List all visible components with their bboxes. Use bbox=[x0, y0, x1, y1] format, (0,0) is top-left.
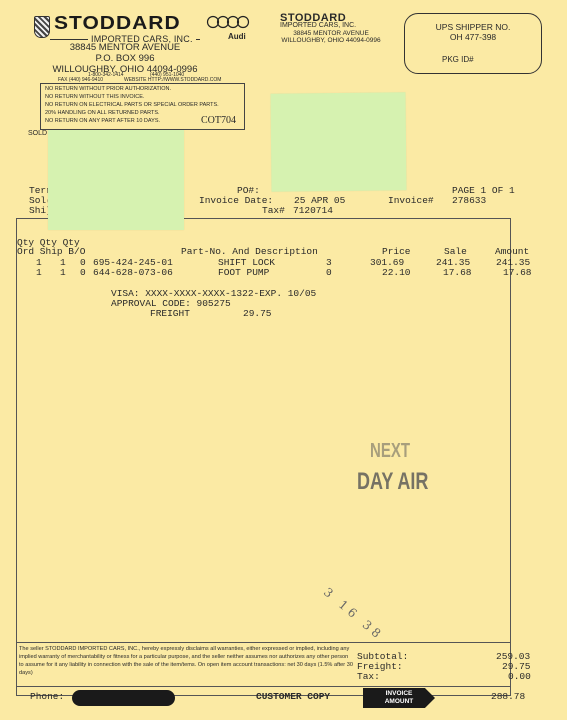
customer-copy-label: CUSTOMER COPY bbox=[256, 691, 330, 702]
invoice-amount-tag: INVOICE AMOUNT bbox=[363, 688, 435, 708]
redacted-phone bbox=[72, 690, 175, 706]
tax-label: Tax# bbox=[262, 205, 285, 216]
qty-header-line2: Ord Ship B/O bbox=[17, 246, 85, 257]
porsche-crest-icon bbox=[34, 16, 50, 38]
divider bbox=[16, 642, 510, 643]
sticky-note-redaction bbox=[48, 130, 184, 230]
sale-price: 17.68 bbox=[443, 267, 472, 278]
ups-shipper-label: UPS SHIPPER NO. bbox=[405, 22, 541, 32]
freight-note-value: 29.75 bbox=[243, 308, 272, 319]
policy-line: NO RETURN WITHOUT PRIOR AUTHORIZATION. bbox=[45, 86, 171, 92]
invoice-amount-label-line1: INVOICE bbox=[363, 690, 435, 698]
list-price: 22.10 bbox=[382, 267, 411, 278]
part-description: FOOT PUMP bbox=[218, 267, 269, 278]
freight-note-label: FREIGHT bbox=[150, 308, 190, 319]
invoice-number-label: Invoice# bbox=[388, 195, 434, 206]
ups-shipper-number: OH 477-398 bbox=[405, 32, 541, 42]
return-policy-box: NO RETURN WITHOUT PRIOR AUTHORIZATION. N… bbox=[40, 83, 245, 130]
qty-ordered: 1 bbox=[36, 267, 42, 278]
col-sale: Sale bbox=[444, 246, 467, 257]
audi-label: Audi bbox=[228, 32, 246, 41]
sold-to-label: SOLD bbox=[28, 130, 47, 137]
invoice-number: 278633 bbox=[452, 195, 486, 206]
sticky-note-redaction bbox=[270, 92, 406, 191]
dealer-city: WILLOUGHBY, OHIO 44094-0996 bbox=[40, 64, 210, 75]
invoice-amount-value: 288.78 bbox=[491, 691, 525, 702]
col-amount: Amount bbox=[495, 246, 529, 257]
qty-backorder: 0 bbox=[80, 267, 86, 278]
dealer-address-street: 38845 MENTOR AVENUE bbox=[40, 42, 210, 53]
qty-shipped: 1 bbox=[60, 267, 66, 278]
dealer-po-box: P.O. BOX 996 bbox=[40, 53, 210, 64]
account-code: COT704 bbox=[201, 115, 236, 126]
phone-label: Phone: bbox=[30, 691, 64, 702]
col-price: Price bbox=[382, 246, 411, 257]
audi-rings-icon bbox=[205, 15, 255, 29]
line-amount: 17.68 bbox=[503, 267, 532, 278]
ups-shipper-box: UPS SHIPPER NO. OH 477-398 PKG ID# bbox=[404, 13, 542, 74]
part-code: 0 bbox=[326, 267, 332, 278]
policy-line: 20% HANDLING ON ALL RETURNED PARTS. bbox=[45, 110, 160, 116]
part-number: 644-628-073-06 bbox=[93, 267, 173, 278]
pkg-id-label: PKG ID# bbox=[442, 55, 474, 64]
invoice-amount-label-line2: AMOUNT bbox=[363, 698, 435, 706]
col-part-description: Part-No. And Description bbox=[181, 246, 318, 257]
brand-name: STODDARD bbox=[54, 13, 181, 35]
next-day-air-stamp-line2: DAY AIR bbox=[357, 468, 428, 496]
divider bbox=[16, 686, 510, 687]
warranty-disclaimer: The seller STODDARD IMPORTED CARS, INC.,… bbox=[19, 645, 353, 677]
policy-line: NO RETURN WITHOUT THIS INVOICE. bbox=[45, 94, 144, 100]
next-day-air-stamp-line1: NEXT bbox=[370, 440, 410, 463]
tax-number: 7120714 bbox=[293, 205, 333, 216]
secondary-address-city: WILLOUGHBY, OHIO 44094-0996 bbox=[276, 37, 386, 44]
tax-total-value: 0.00 bbox=[508, 671, 531, 682]
policy-line: NO RETURN ON ELECTRICAL PARTS OR SPECIAL… bbox=[45, 102, 219, 108]
secondary-brand-subtitle: IMPORTED CARS, INC. bbox=[280, 22, 356, 29]
secondary-address-street: 38845 MENTOR AVENUE bbox=[276, 30, 386, 37]
tax-total-label: Tax: bbox=[357, 671, 380, 682]
policy-line: NO RETURN ON ANY PART AFTER 10 DAYS. bbox=[45, 118, 160, 124]
